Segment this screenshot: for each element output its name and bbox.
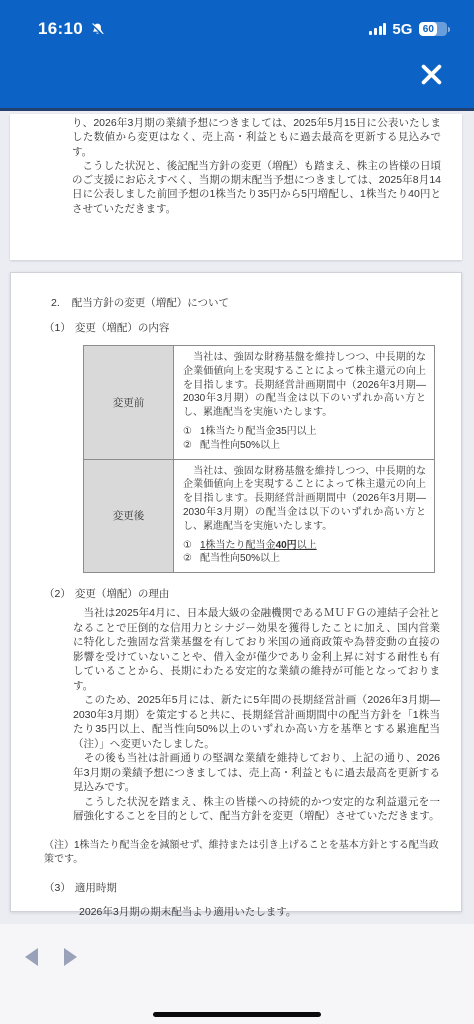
document-page-1[interactable]: り、2026年3月期の業績予想につきましては、2025年5月15日に公表いたしま… [10,114,462,260]
status-bar: 16:10 5G 60 [0,0,474,46]
battery-percent: 60 [423,24,434,35]
paragraph: り、2026年3月期の業績予想につきましては、2025年5月15日に公表いたしま… [72,116,441,159]
chevron-left-icon [25,948,38,966]
change-comparison-table: 変更前 当社は、強固な財務基盤を維持しつつ、中長期的な企業価値向上を実現すること… [83,345,435,573]
list-item: ② 配当性向50%以上 [183,439,426,453]
list-item: ② 配当性向50%以上 [183,552,426,566]
paragraph: その後も当社は計画通りの堅調な業績を維持しており、上記の通り、2026年3月期の… [73,751,440,795]
app-header: 16:10 5G 60 [0,0,474,111]
prev-page-button[interactable] [25,947,41,966]
phone-screen: 16:10 5G 60 [0,0,474,1024]
home-indicator[interactable] [153,1012,321,1017]
list-item: ① 1株当たり配当金35円以上 [183,425,426,439]
row-label-after: 変更後 [84,460,174,573]
cell-body: 当社は、強固な財務基盤を維持しつつ、中長期的な企業価値向上を実現することによって… [183,351,426,420]
paragraph: こうした状況と、後記配当方針の変更（増配）も踏まえ、株主の皆様の日頃のご支援にお… [72,159,441,216]
close-icon [418,61,445,93]
notifications-off-icon [90,22,105,37]
signal-strength-icon [369,23,386,35]
network-type-label: 5G [392,21,412,38]
close-button[interactable] [414,60,448,94]
section-title: 配当方針の変更（増配）について [72,297,229,309]
section-number: 2. [51,297,60,309]
battery-icon: 60 [419,22,450,36]
subsection-3-heading: （3）適用時期 [44,880,461,895]
paragraph: こうした状況を踏まえ、株主の皆様への持続的かつ安定的な利益還元を一層強化すること… [73,795,440,824]
footnote: （注）1株当たり配当金を減額せず、維持または引き上げることを基本方針とする配当政… [44,839,440,867]
status-time: 16:10 [38,19,83,39]
application-period-text: 2026年3月期の期末配当より適用いたします。 [79,904,461,919]
paragraph: 当社は2025年4月に、日本最大級の金融機関であるＭＵＦＧの連結子会社となること… [73,606,440,693]
subsection-2-heading: （2）変更（増配）の理由 [44,586,461,601]
viewer-footer [0,924,474,1024]
document-page-2[interactable]: 2.配当方針の変更（増配）について （1）変更（増配）の内容 変更前 当社は、強… [10,272,462,912]
table-row: 変更後 当社は、強固な財務基盤を維持しつつ、中長期的な企業価値向上を実現すること… [84,459,434,573]
next-page-button[interactable] [64,947,80,966]
subsection-1-heading: （1）変更（増配）の内容 [44,320,461,335]
paragraph: このため、2025年5月には、新たに5年間の長期経営計画（2026年3月期—20… [73,693,440,751]
chevron-right-icon [64,948,77,966]
row-label-before: 変更前 [84,346,174,459]
section-heading: 2.配当方針の変更（増配）について [51,295,461,310]
table-row: 変更前 当社は、強固な財務基盤を維持しつつ、中長期的な企業価値向上を実現すること… [84,346,434,459]
list-item: ① 1株当たり配当金40円以上 [183,539,426,553]
cell-body: 当社は、強固な財務基盤を維持しつつ、中長期的な企業価値向上を実現することによって… [183,465,426,534]
